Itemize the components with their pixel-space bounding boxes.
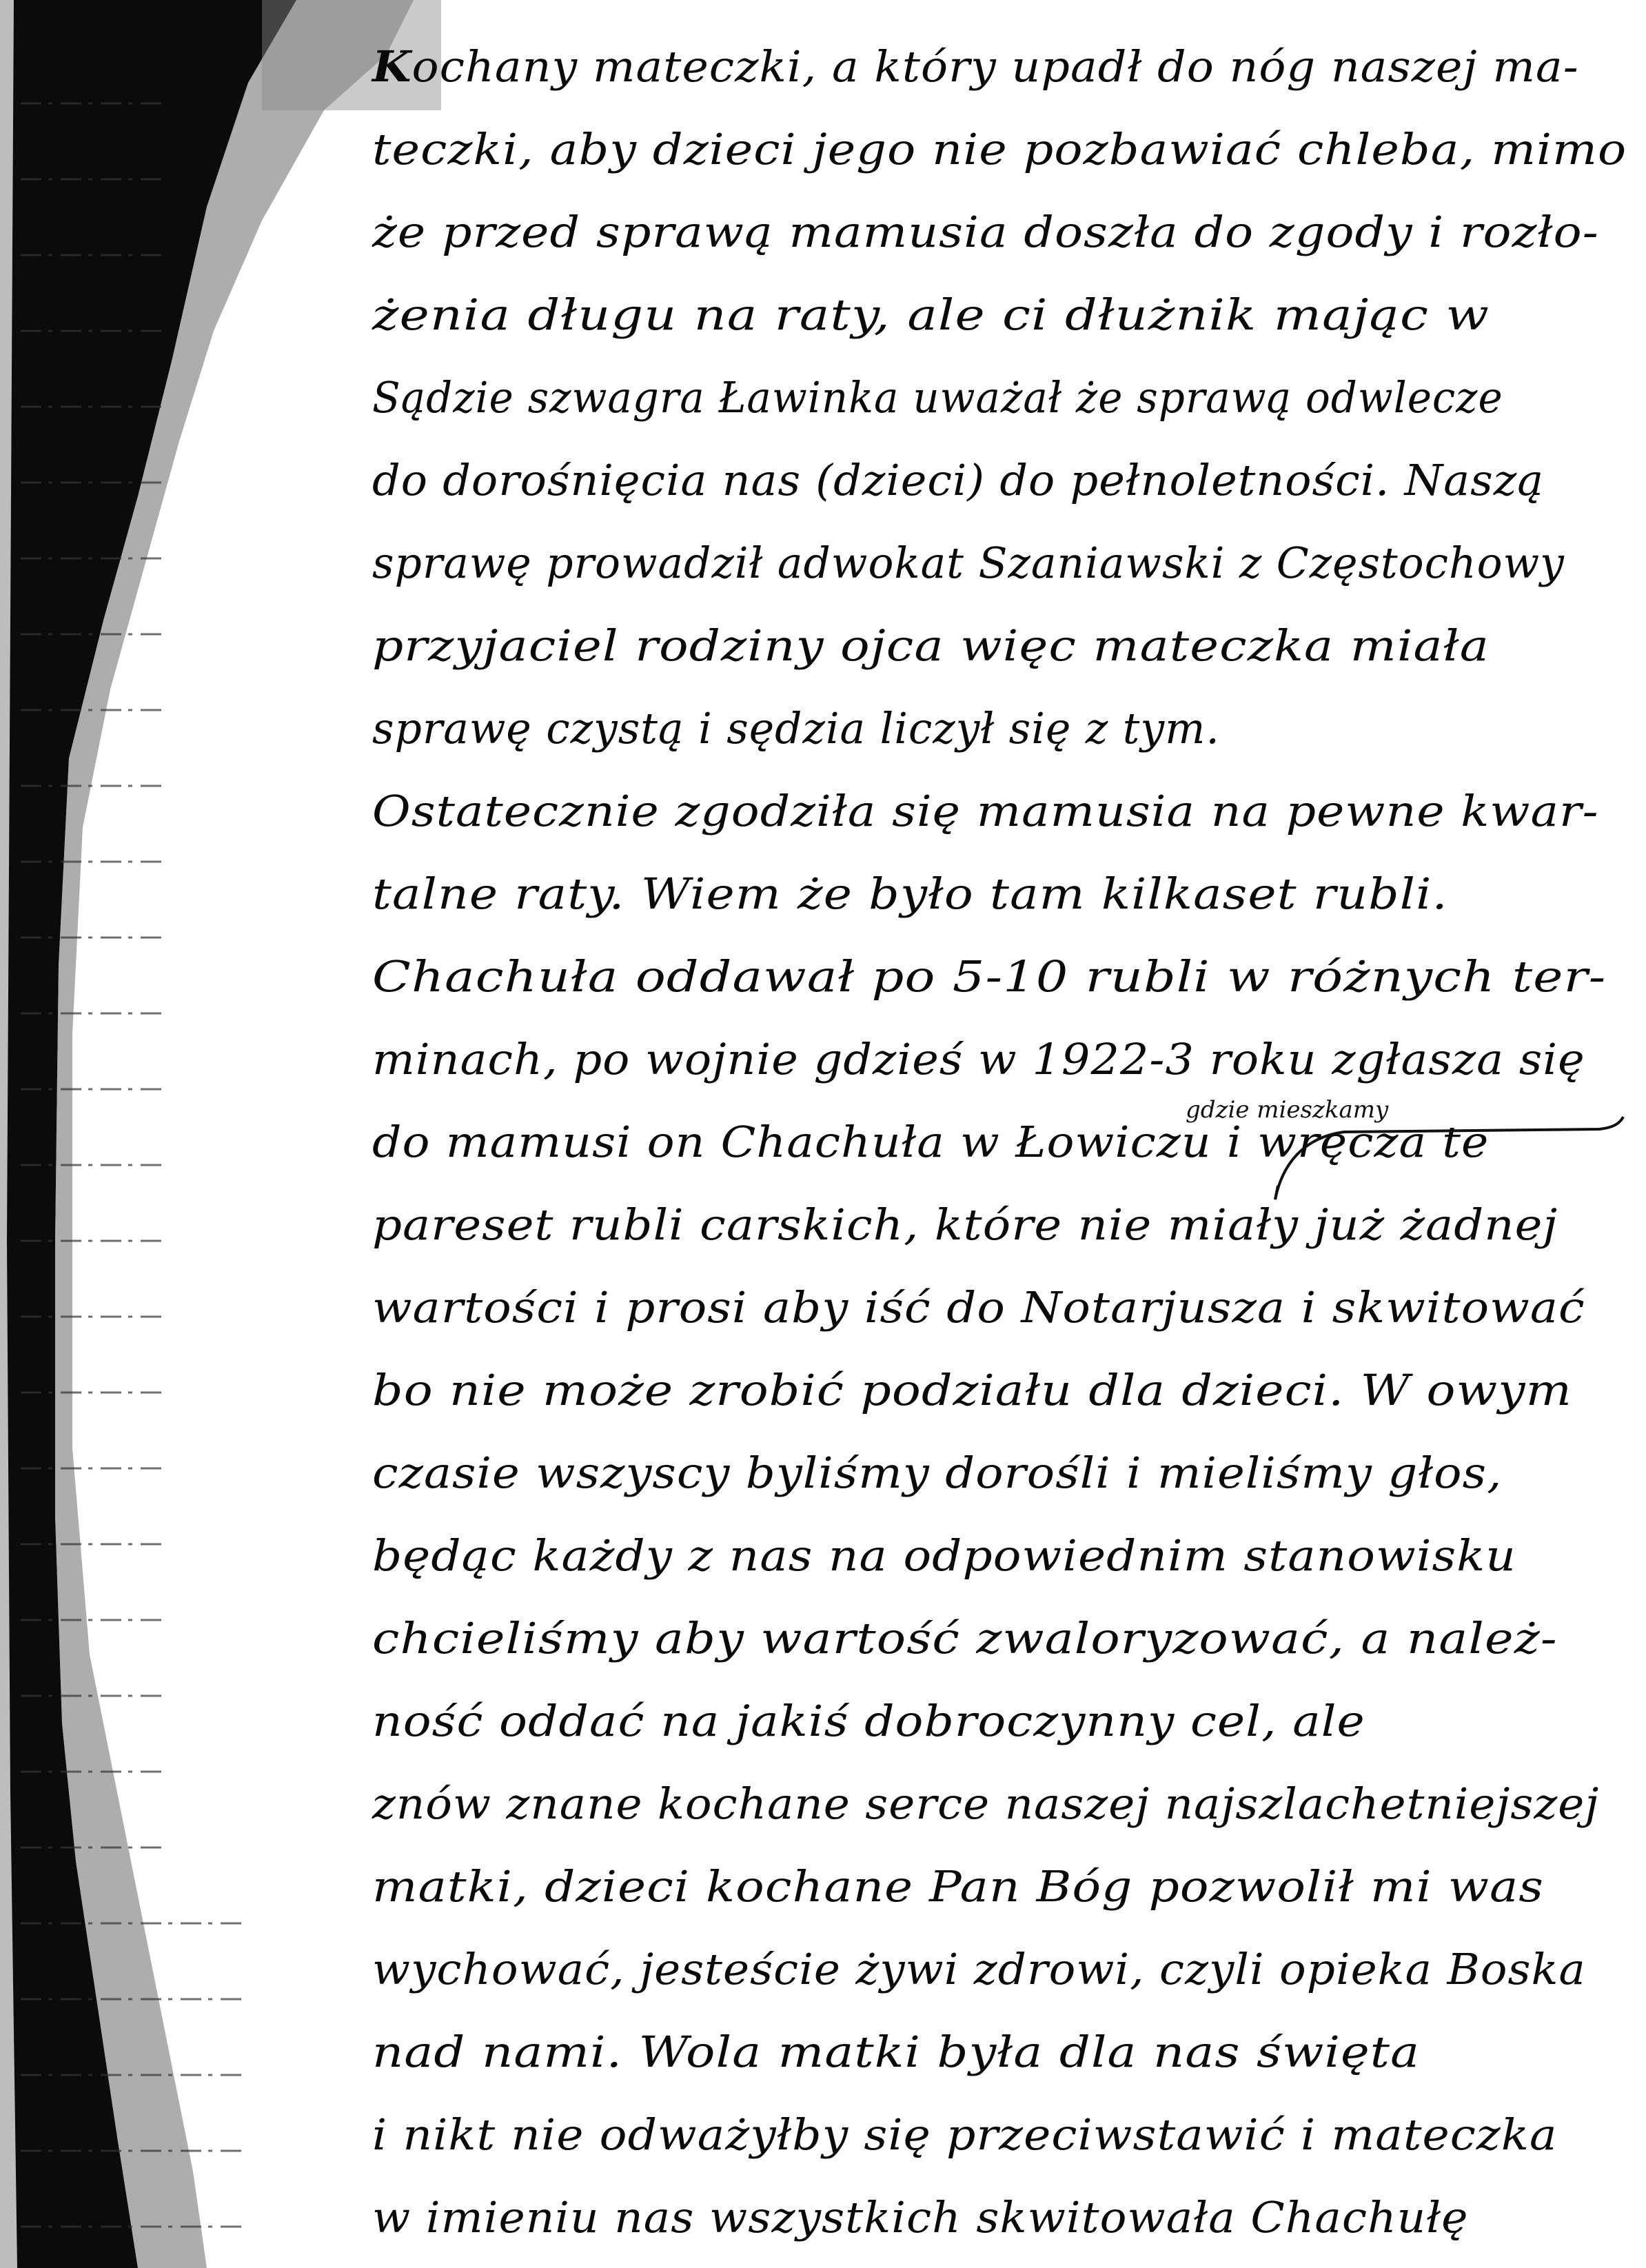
handwritten-line: będąc każdy z nas na odpowiednim stanowi…: [372, 1530, 1516, 1581]
handwritten-line: nad nami. Wola matki była dla nas święta: [372, 2027, 1420, 2077]
handwritten-line: żenia długu na raty, ale ci dłużnik mają…: [372, 290, 1490, 340]
handwritten-line: pareset rubli carskich, które nie miały …: [372, 1199, 1558, 1250]
handwritten-line: w imieniu nas wszystkich skwitowała Chac…: [372, 2192, 1469, 2242]
handwritten-line: przyjaciel rodziny ojca więc mateczka mi…: [372, 620, 1490, 671]
handwritten-line: znów znane kochane serce naszej najszlac…: [372, 1779, 1599, 1829]
handwritten-line: Chachuła oddawał po 5-10 rubli w różnych…: [372, 951, 1606, 1002]
handwritten-line: że przed sprawą mamusia doszła do zgody …: [372, 207, 1599, 257]
handwritten-line: do dorośnięcia nas (dzieci) do pełnoletn…: [372, 455, 1544, 505]
handwritten-line: czasie wszyscy byliśmy dorośli i mieliśm…: [372, 1448, 1502, 1498]
handwritten-line: sprawę prowadził adwokat Szaniawski z Cz…: [372, 538, 1565, 588]
handwritten-line: i nikt nie odważyłby się przeciwstawić i…: [372, 2109, 1558, 2160]
handwritten-line: wychować, jesteście żywi zdrowi, czyli o…: [372, 1944, 1586, 1994]
handwritten-line: Sądzie szwagra Ławinka uważał że sprawą …: [372, 372, 1503, 423]
handwritten-line: ność oddać na jakiś dobroczynny cel, ale: [372, 1696, 1365, 1746]
handwritten-line: chcieliśmy aby wartość zwaloryzować, a n…: [372, 1613, 1558, 1663]
interlinear-insertion: gdzie mieszkamy: [1186, 1096, 1388, 1124]
handwritten-line: Kochany mateczki, a który upadł do nóg n…: [372, 41, 1579, 92]
handwritten-line: wartości i prosi aby iść do Notarjusza i…: [372, 1282, 1585, 1333]
handwritten-line: bo nie może zrobić podziału dla dzieci. …: [372, 1365, 1572, 1415]
handwritten-line: sprawę czystą i sędzia liczył się z tym.: [372, 703, 1220, 753]
scanned-letter-page: Kochany mateczki, a który upadł do nóg n…: [0, 0, 1646, 2268]
handwritten-line: teczki, aby dzieci jego nie pozbawiać ch…: [372, 124, 1627, 174]
handwritten-line: talne raty. Wiem że było tam kilkaset ru…: [372, 869, 1448, 919]
handwritten-line: minach, po wojnie gdzieś w 1922-3 roku z…: [372, 1034, 1585, 1084]
handwritten-line: Ostatecznie zgodziła się mamusia na pewn…: [372, 786, 1599, 836]
handwritten-line: do mamusi on Chachuła w Łowiczu i wręcza…: [372, 1117, 1489, 1167]
handwritten-line: matki, dzieci kochane Pan Bóg pozwolił m…: [372, 1861, 1544, 1912]
